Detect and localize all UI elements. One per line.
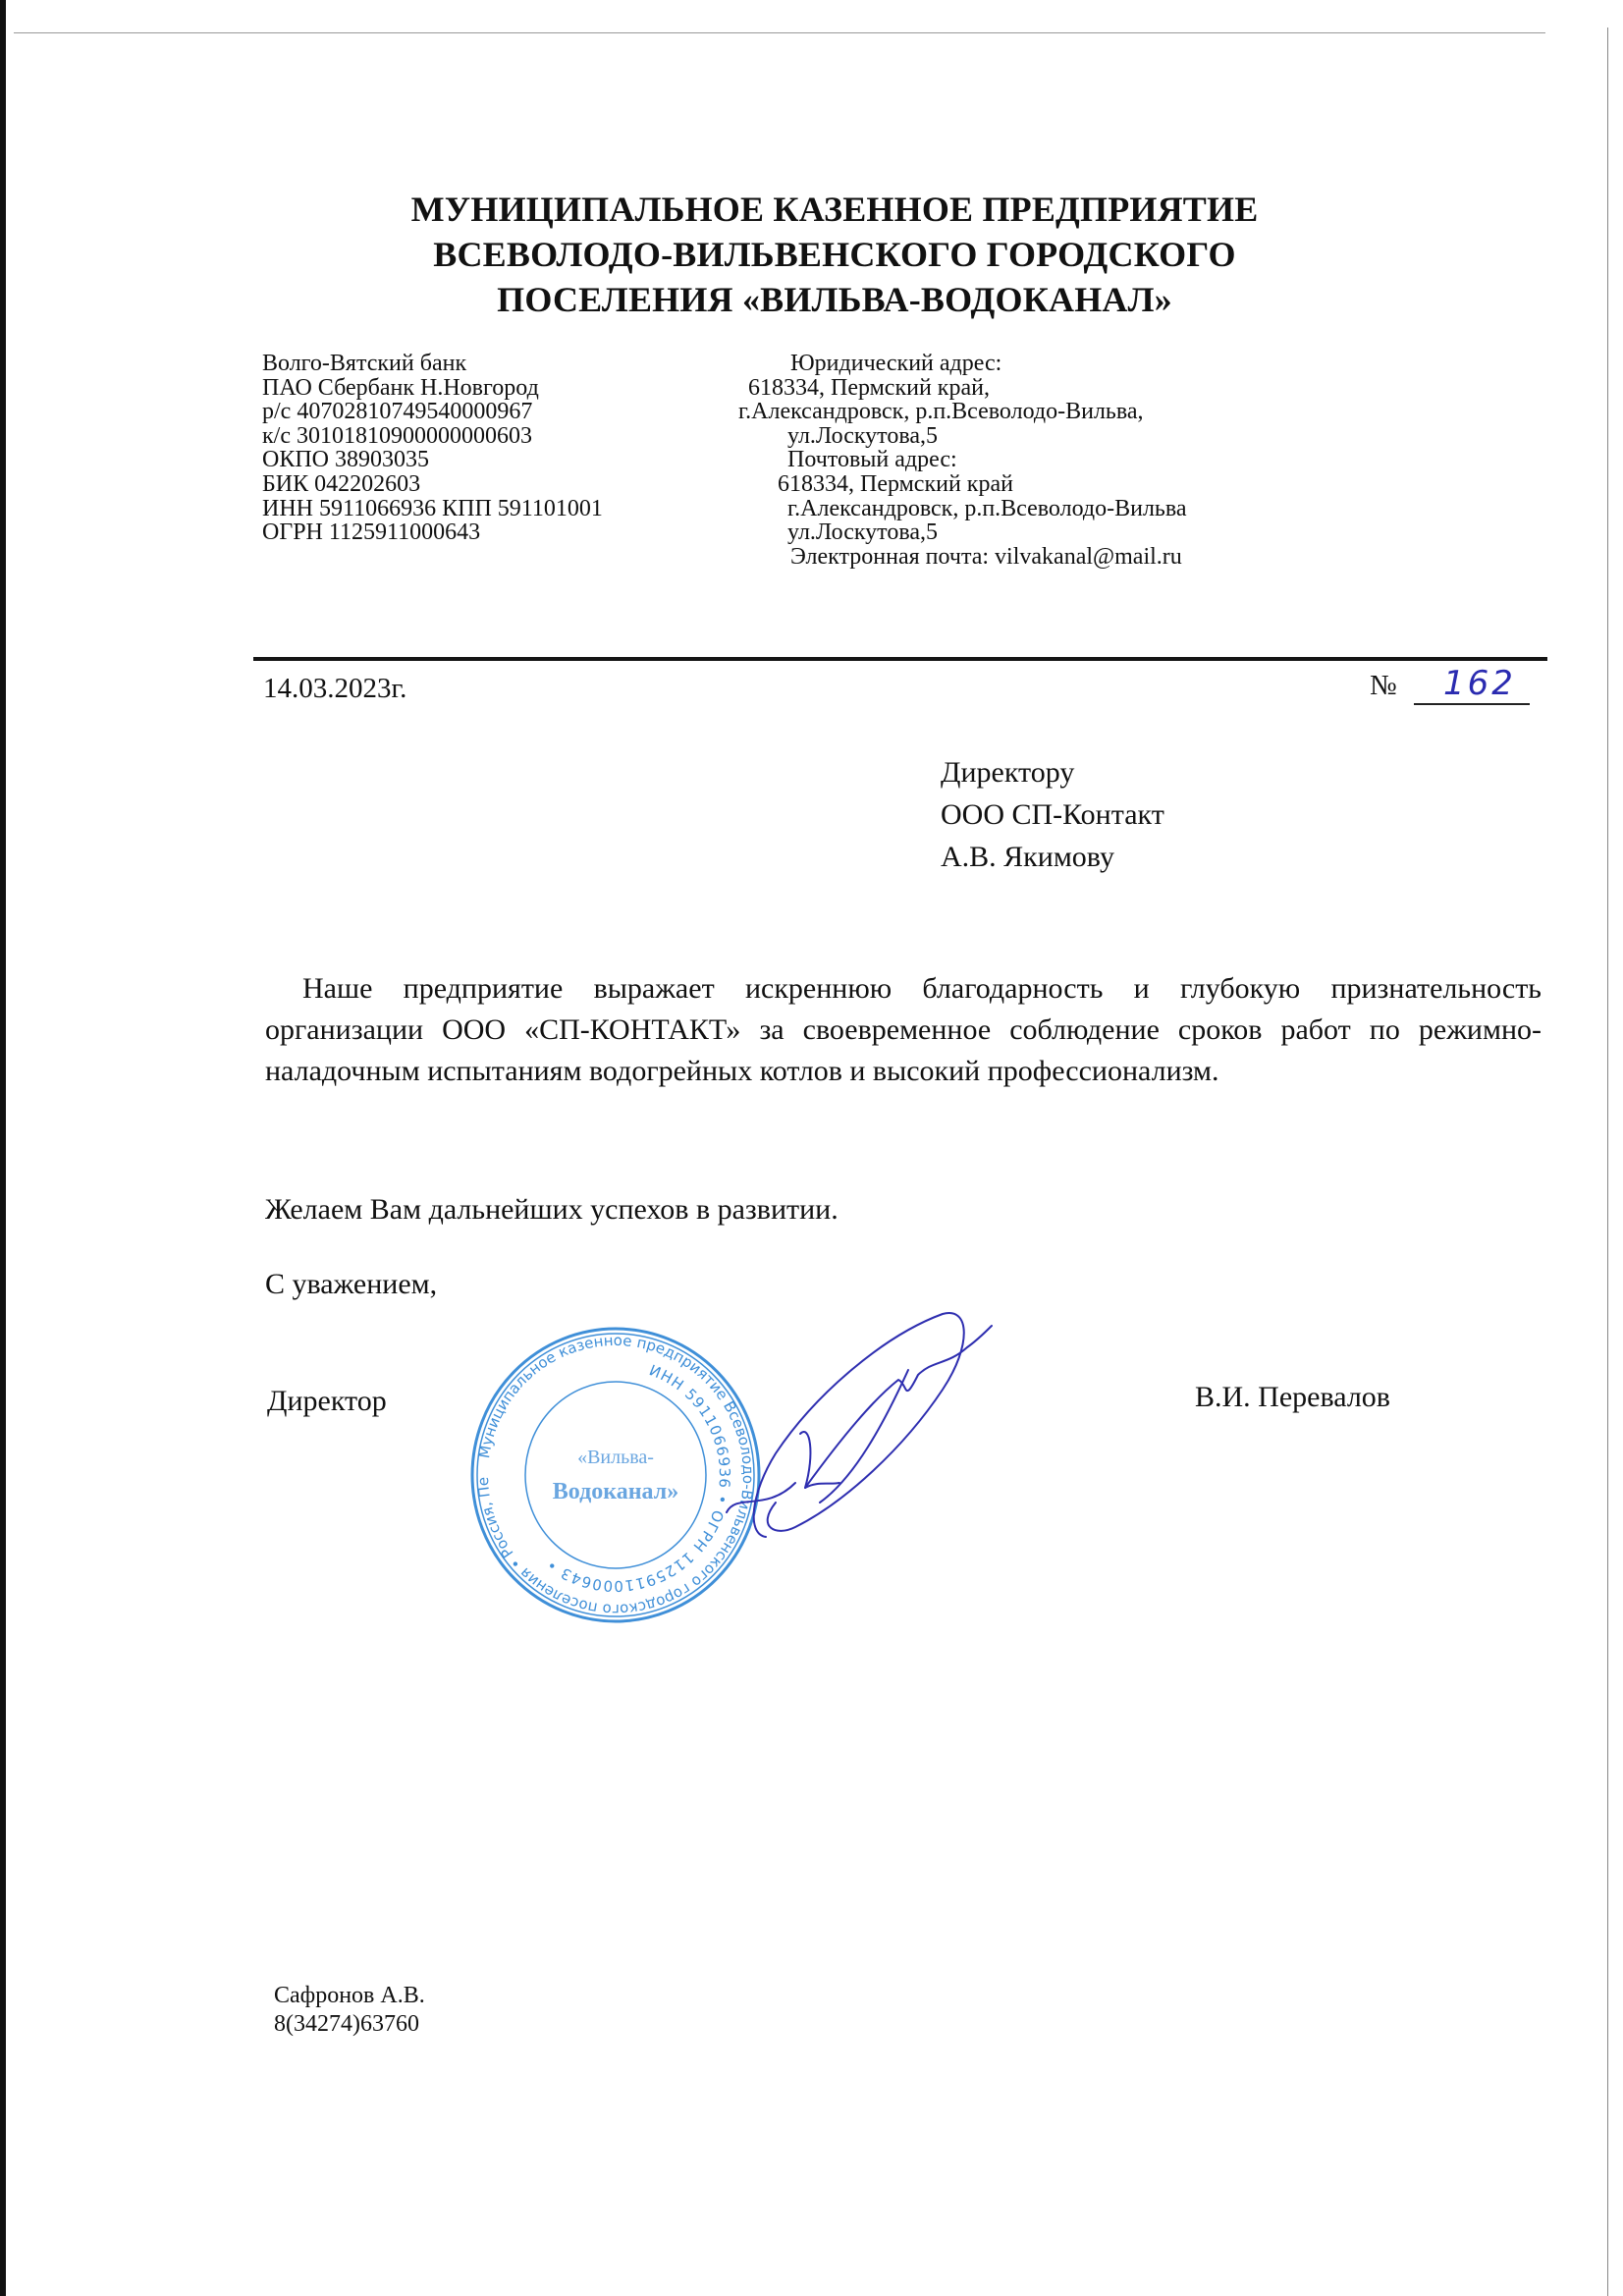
- address-line: г.Александровск, р.п.Всеволодо-Вильва: [787, 497, 1193, 521]
- stamp-center-line: Водоканал»: [553, 1479, 678, 1504]
- address-line: Юридический адрес:: [790, 352, 1196, 376]
- address-line: ул.Лоскутова,5: [787, 520, 1193, 545]
- address-line: 618334, Пермский край: [778, 472, 1183, 497]
- address-line: 618334, Пермский край,: [748, 376, 1154, 401]
- bank-line: ИНН 5911066936 КПП 591101001: [262, 497, 603, 521]
- addressee-line: ООО СП-Контакт: [941, 793, 1164, 836]
- signer-role: Директор: [267, 1382, 387, 1421]
- number-label: №: [1370, 668, 1397, 703]
- header-divider: [253, 657, 1547, 661]
- letter-closing: С уважением,: [265, 1265, 437, 1304]
- bank-line: БИК 042202603: [262, 472, 603, 497]
- executor-contact: Сафронов А.В. 8(34274)63760: [274, 1982, 425, 2039]
- number-underline: [1414, 703, 1530, 705]
- email-line: Электронная почта: vilvakanal@mail.ru: [790, 545, 1196, 570]
- addressee-block: Директору ООО СП-Контакт А.В. Якимову: [941, 751, 1164, 878]
- letter-body-paragraph: Наше предприятие выражает искреннюю благ…: [265, 968, 1542, 1092]
- address-line: г.Александровск, р.п.Всеволодо-Вильва,: [738, 400, 1144, 424]
- bank-line: ПАО Сбербанк Н.Новгород: [262, 376, 603, 401]
- scan-artifact-right-line: [1607, 27, 1608, 2296]
- bank-line: р/с 40702810749540000967: [262, 400, 603, 424]
- addressee-line: А.В. Якимову: [941, 836, 1164, 878]
- address-line: ул.Лоскутова,5: [787, 424, 1193, 449]
- bank-line: ОКПО 38903035: [262, 448, 603, 472]
- handwritten-signature-icon: [707, 1306, 1060, 1552]
- stamp-center-line: «Вильва-: [577, 1447, 654, 1468]
- letter-date: 14.03.2023г.: [263, 671, 406, 706]
- org-title-line: ПОСЕЛЕНИЯ «ВИЛЬВА-ВОДОКАНАЛ»: [295, 277, 1375, 322]
- letter-number-handwritten: 162: [1443, 664, 1516, 703]
- addressee-line: Директору: [941, 751, 1164, 793]
- letter-wish: Желаем Вам дальнейших успехов в развитии…: [265, 1190, 839, 1230]
- executor-name: Сафронов А.В.: [274, 1982, 425, 2010]
- signer-name: В.И. Перевалов: [1195, 1378, 1390, 1417]
- bank-details: Волго-Вятский банк ПАО Сбербанк Н.Новгор…: [262, 352, 603, 545]
- scan-artifact-top-line: [14, 32, 1545, 33]
- address-block: Юридический адрес: 618334, Пермский край…: [729, 352, 1134, 569]
- executor-phone: 8(34274)63760: [274, 2010, 425, 2039]
- bank-line: Волго-Вятский банк: [262, 352, 603, 376]
- org-title-line: ВСЕВОЛОДО-ВИЛЬВЕНСКОГО ГОРОДСКОГО: [295, 232, 1375, 277]
- organization-title: МУНИЦИПАЛЬНОЕ КАЗЕННОЕ ПРЕДПРИЯТИЕ ВСЕВО…: [295, 187, 1375, 322]
- org-title-line: МУНИЦИПАЛЬНОЕ КАЗЕННОЕ ПРЕДПРИЯТИЕ: [295, 187, 1375, 232]
- address-line: Почтовый адрес:: [787, 448, 1193, 472]
- bank-line: к/с 30101810900000000603: [262, 424, 603, 449]
- bank-line: ОГРН 1125911000643: [262, 520, 603, 545]
- scan-shadow-left: [0, 0, 6, 2296]
